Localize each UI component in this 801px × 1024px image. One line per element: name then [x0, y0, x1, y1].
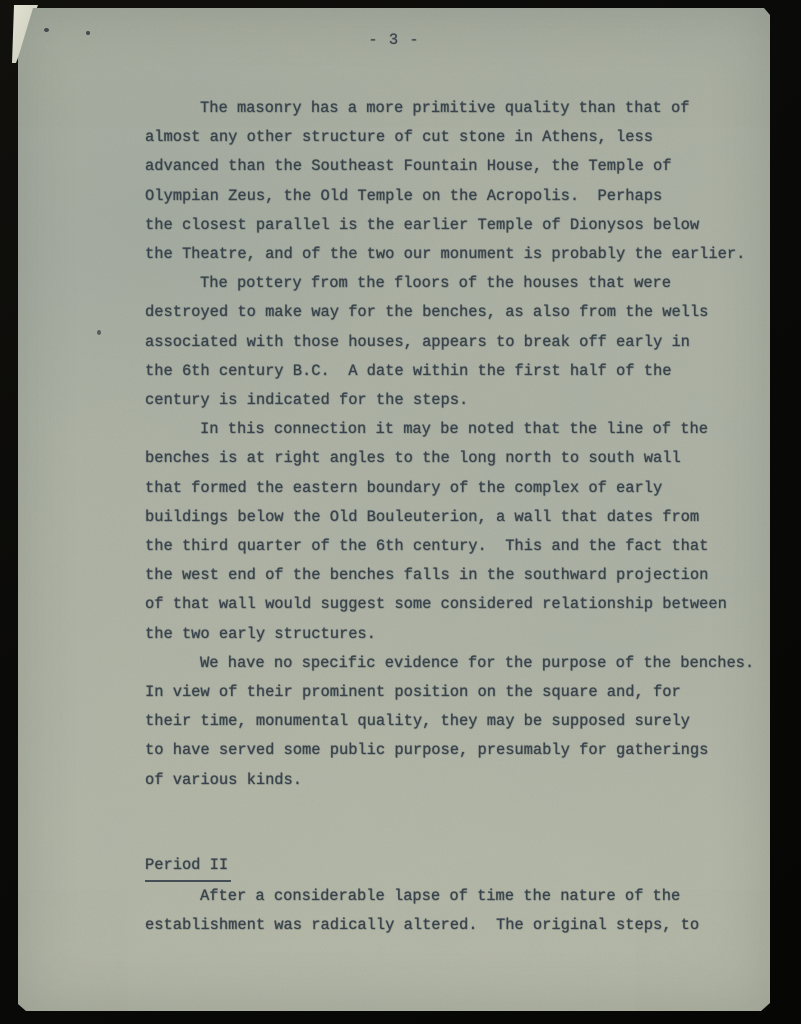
text-line: to have served some public purpose, pres… — [145, 736, 754, 765]
text-line: In this connection it may be noted that … — [145, 415, 754, 444]
text-line: their time, monumental quality, they may… — [145, 707, 754, 736]
text-line: century is indicated for the steps. — [145, 386, 754, 415]
text-line: The pottery from the floors of the house… — [145, 269, 754, 298]
text-line: the Theatre, and of the two our monument… — [145, 240, 754, 269]
text-line: the 6th century B.C. A date within the f… — [145, 357, 754, 386]
text-line: We have no specific evidence for the pur… — [145, 649, 754, 678]
paragraph: The masonry has a more primitive quality… — [145, 94, 754, 269]
text-line: associated with those houses, appears to… — [145, 328, 754, 357]
text-line: In view of their prominent position on t… — [145, 678, 754, 707]
text-line: establishment was radically altered. The… — [145, 911, 754, 940]
text-line: the two early structures. — [145, 620, 754, 649]
paragraph: We have no specific evidence for the pur… — [145, 649, 754, 795]
text-line: almost any other structure of cut stone … — [145, 123, 754, 152]
text-line: of various kinds. — [145, 766, 754, 795]
page-number: - 3 - — [18, 31, 770, 49]
text-line: that formed the eastern boundary of the … — [145, 474, 754, 503]
text-line: After a considerable lapse of time the n… — [145, 882, 754, 911]
paragraph: After a considerable lapse of time the n… — [145, 882, 754, 940]
photo-backdrop: - 3 - The masonry has a more primitive q… — [0, 0, 801, 1024]
paragraph: In this connection it may be noted that … — [145, 415, 754, 649]
document-page: - 3 - The masonry has a more primitive q… — [18, 8, 770, 1011]
text-line: Olympian Zeus, the Old Temple on the Acr… — [145, 182, 754, 211]
paper-speck — [44, 28, 49, 32]
text-line: the west end of the benches falls in the… — [145, 561, 754, 590]
text-line: buildings below the Old Bouleuterion, a … — [145, 503, 754, 532]
text-line: the third quarter of the 6th century. Th… — [145, 532, 754, 561]
text-line: of that wall would suggest some consider… — [145, 590, 754, 619]
section-heading: Period II — [145, 851, 754, 882]
paper-speck — [86, 31, 90, 35]
text-line: Period II — [145, 851, 754, 882]
text-line: advanced than the Southeast Fountain Hou… — [145, 152, 754, 181]
paper-speck — [97, 330, 101, 335]
text-line: the closest parallel is the earlier Temp… — [145, 211, 754, 240]
text-line: The masonry has a more primitive quality… — [145, 94, 754, 123]
paragraph: The pottery from the floors of the house… — [145, 269, 754, 415]
typewritten-text: The masonry has a more primitive quality… — [145, 94, 754, 940]
text-line: destroyed to make way for the benches, a… — [145, 298, 754, 327]
text-line: benches is at right angles to the long n… — [145, 444, 754, 473]
heading-underlined-text: Period II — [145, 851, 231, 882]
